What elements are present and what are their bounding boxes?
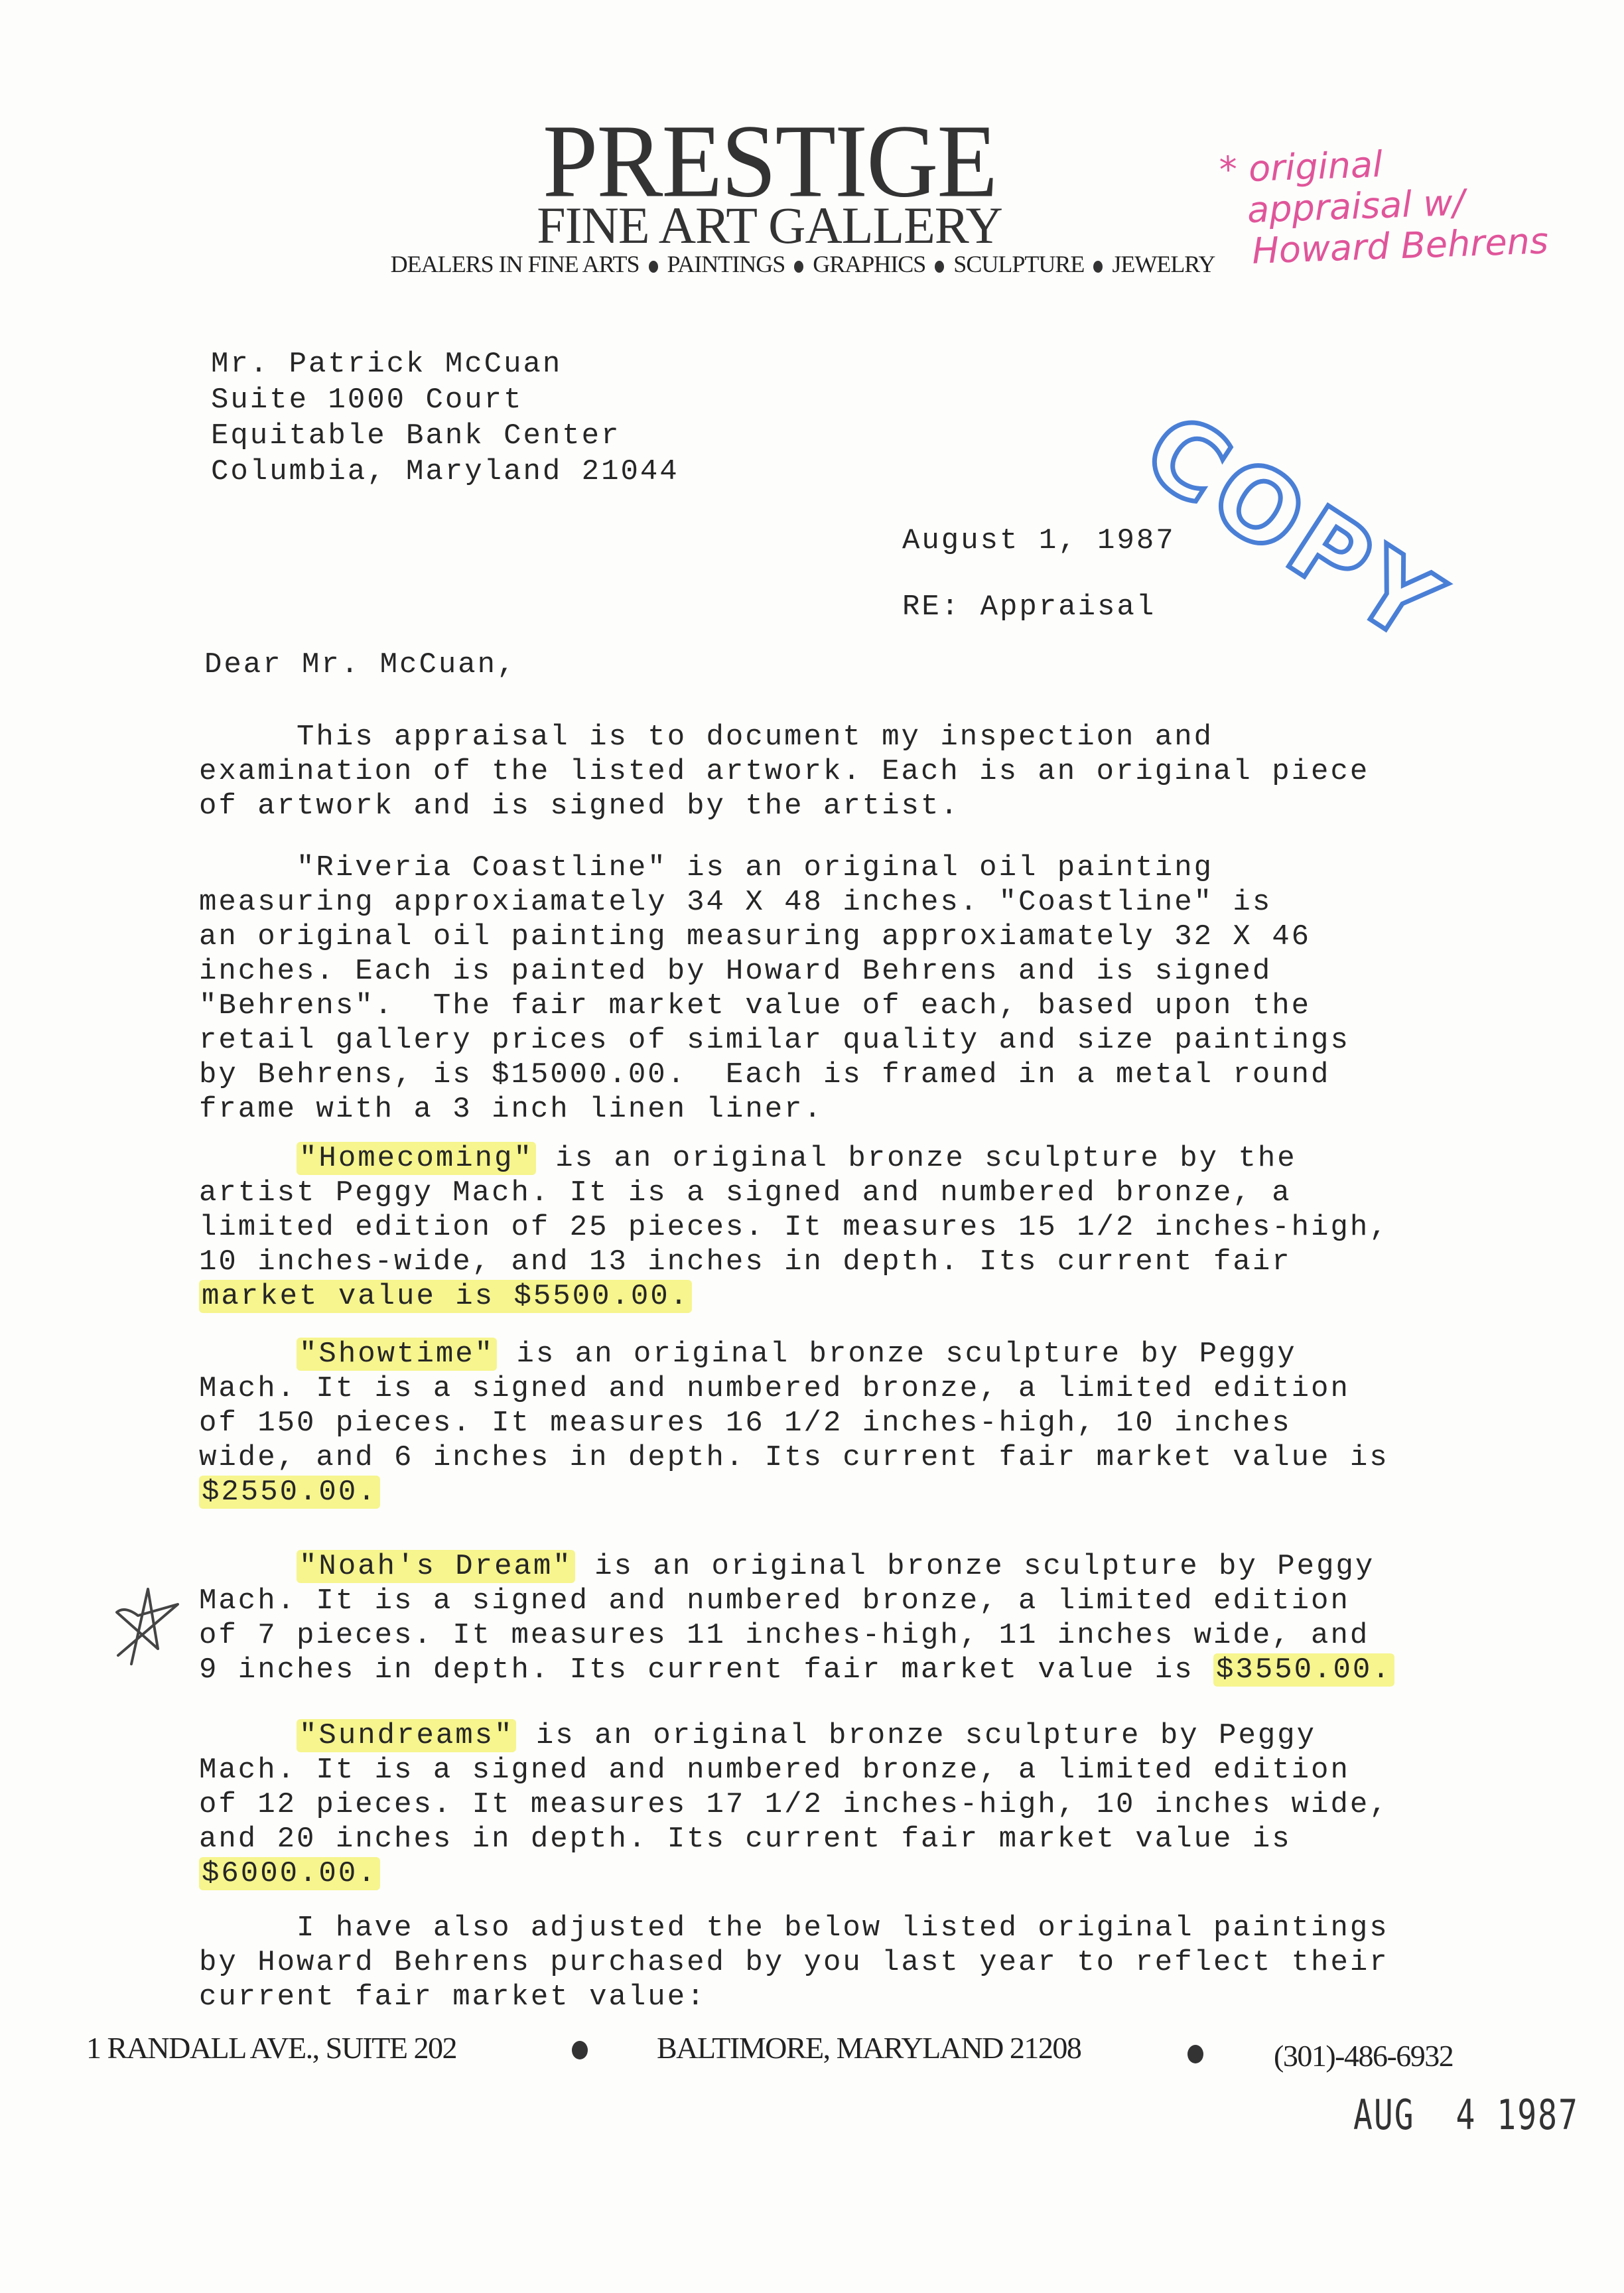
sculpture-paragraph-homecoming: "Homecoming" is an original bronze sculp… xyxy=(199,1141,1446,1314)
bullet-icon xyxy=(649,261,658,273)
star-icon xyxy=(111,1586,184,1665)
recipient-address: Mr. Patrick McCuanSuite 1000 CourtEquita… xyxy=(211,346,679,490)
salutation: Dear Mr. McCuan, xyxy=(204,647,516,683)
footer-phone: (301)-486-6932 xyxy=(1274,2038,1453,2073)
sculpture-paragraph-showtime: "Showtime" is an original bronze sculptu… xyxy=(199,1337,1446,1509)
address-line: Equitable Bank Center xyxy=(211,418,679,454)
highlighted-title: "Noah's Dream" xyxy=(297,1550,575,1583)
bullet-icon xyxy=(794,261,803,273)
highlighted-title: "Showtime" xyxy=(297,1338,497,1371)
tagline-item: JEWELRY xyxy=(1112,251,1215,277)
footer-city: BALTIMORE, MARYLAND 21208 xyxy=(657,2030,1081,2065)
tagline-item: GRAPHICS xyxy=(813,251,925,277)
gallery-tagline: DEALERS IN FINE ARTSPAINTINGSGRAPHICSSCU… xyxy=(332,251,1274,277)
letter-page: PRESTIGE FINE ART GALLERY DEALERS IN FIN… xyxy=(0,0,1624,2293)
highlighted-value: $2550.00. xyxy=(199,1476,380,1509)
sculpture-paragraph-noahs-dream: "Noah's Dream" is an original bronze scu… xyxy=(199,1549,1446,1687)
address-line: Columbia, Maryland 21044 xyxy=(211,454,679,490)
highlighted-value: $3550.00. xyxy=(1213,1653,1394,1687)
handwritten-note: * original appraisal w/ Howard Behrens xyxy=(1219,136,1621,273)
copy-stamp: COPY xyxy=(1124,391,1463,667)
address-line: Mr. Patrick McCuan xyxy=(211,346,679,382)
highlighted-value: market value is $5500.00. xyxy=(199,1280,692,1313)
received-date-stamp: AUG 4 1987 xyxy=(1353,2091,1579,2140)
highlighted-value: $6000.00. xyxy=(199,1857,380,1890)
closing-paragraph: I have also adjusted the below listed or… xyxy=(199,1911,1446,2014)
subject-line: RE: Appraisal xyxy=(902,589,1156,625)
tagline-item: PAINTINGS xyxy=(667,251,785,277)
intro-paragraph: This appraisal is to document my inspect… xyxy=(199,720,1446,823)
address-line: Suite 1000 Court xyxy=(211,382,679,418)
bullet-icon xyxy=(1093,261,1103,273)
highlighted-title: "Sundreams" xyxy=(297,1719,516,1752)
bullet-icon xyxy=(935,261,944,273)
bullet-icon xyxy=(572,2041,588,2059)
highlighted-title: "Homecoming" xyxy=(297,1142,536,1175)
paintings-paragraph: "Riveria Coastline" is an original oil p… xyxy=(199,851,1446,1127)
sculpture-paragraph-sundreams: "Sundreams" is an original bronze sculpt… xyxy=(199,1718,1446,1891)
tagline-item: DEALERS IN FINE ARTS xyxy=(391,251,640,277)
tagline-item: SCULPTURE xyxy=(953,251,1084,277)
letter-date: August 1, 1987 xyxy=(902,523,1176,559)
footer-street: 1 RANDALL AVE., SUITE 202 xyxy=(86,2030,456,2065)
bullet-icon xyxy=(1187,2045,1203,2063)
gallery-subtitle: FINE ART GALLERY xyxy=(464,199,1075,252)
